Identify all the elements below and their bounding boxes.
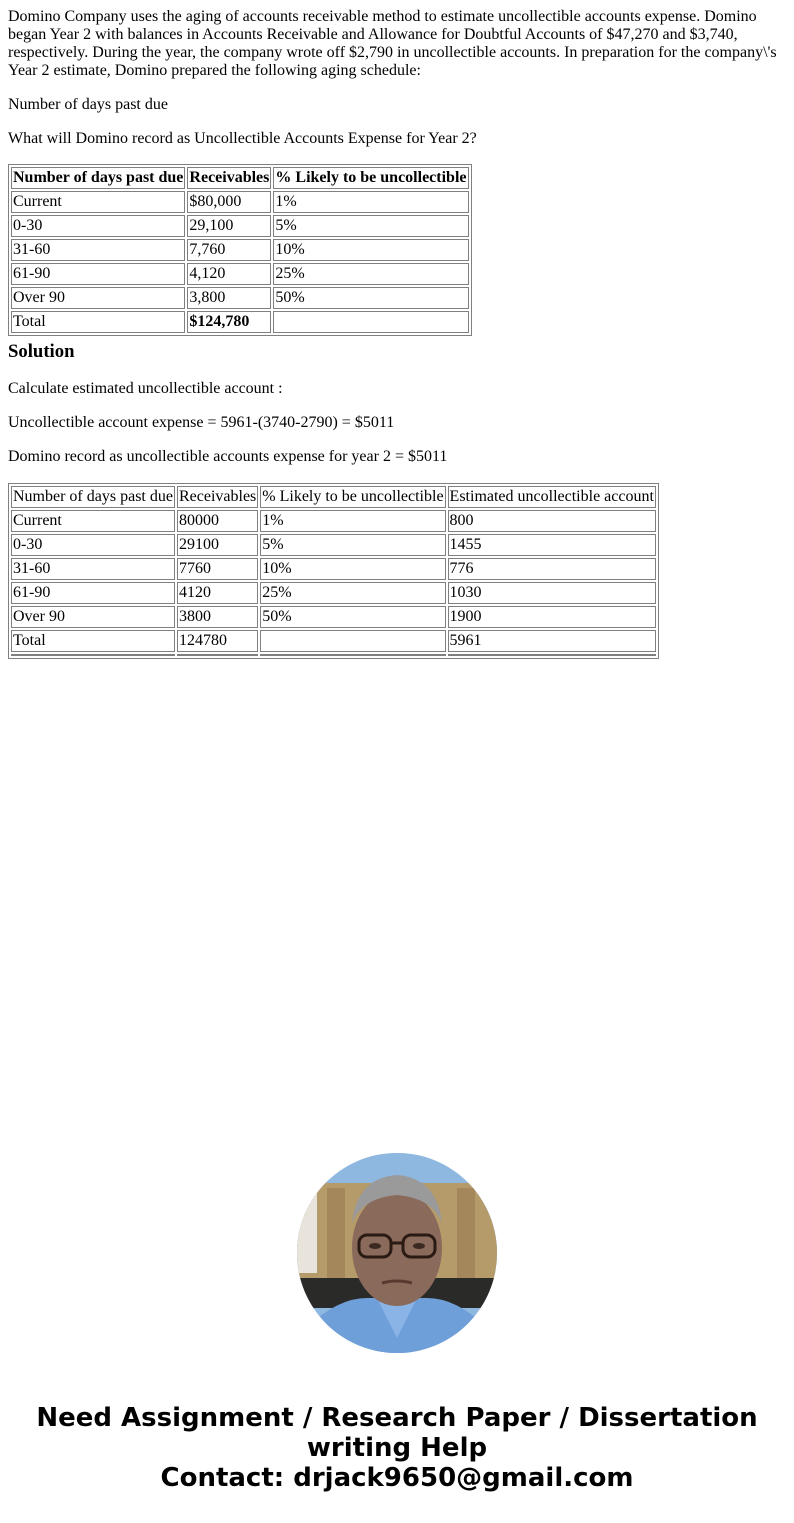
question-intro: Domino Company uses the aging of account… — [8, 8, 786, 80]
table-cell: 1% — [260, 510, 445, 532]
table-row: 0-30 29100 5% 1455 — [11, 534, 656, 556]
table-cell: 61-90 — [11, 582, 175, 604]
author-avatar — [297, 1153, 497, 1353]
table-cell — [260, 654, 445, 656]
person-photo-icon — [297, 1153, 497, 1353]
table-cell: 1900 — [448, 606, 656, 628]
table-total-row: Total $124,780 — [11, 311, 469, 333]
table-cell: 0-30 — [11, 534, 175, 556]
table-cell: $80,000 — [187, 191, 271, 213]
table-cell: 29,100 — [187, 215, 271, 237]
table-cell: 25% — [273, 263, 468, 285]
footer-contact-email: Contact: drjack9650@gmail.com — [0, 1463, 794, 1493]
header-cell: Receivables — [177, 486, 258, 508]
table-cell: 7760 — [177, 558, 258, 580]
table-cell: Total — [11, 630, 175, 652]
question-prompt: What will Domino record as Uncollectible… — [8, 130, 477, 148]
table-row: Over 90 3800 50% 1900 — [11, 606, 656, 628]
table-row: Current $80,000 1% — [11, 191, 469, 213]
table-row: 31-60 7,760 10% — [11, 239, 469, 261]
table-cell: Current — [11, 510, 175, 532]
footer-line-1: Need Assignment / Research Paper / Disse… — [0, 1403, 794, 1433]
header-cell: Estimated uncollectible account — [448, 486, 656, 508]
table-cell: 4,120 — [187, 263, 271, 285]
solution-line-2: Uncollectible account expense = 5961-(37… — [8, 414, 394, 432]
table-cell — [273, 311, 468, 333]
table-cell: 29100 — [177, 534, 258, 556]
table-cell: 5% — [260, 534, 445, 556]
table-total-row: Total 124780 5961 — [11, 630, 656, 652]
table-cell: 5961 — [448, 630, 656, 652]
table-cell: Total — [11, 311, 185, 333]
solution-heading: Solution — [8, 342, 74, 362]
table-row: Over 90 3,800 50% — [11, 287, 469, 309]
table-cell: 31-60 — [11, 558, 175, 580]
table-row: Current 80000 1% 800 — [11, 510, 656, 532]
table-row: 0-30 29,100 5% — [11, 215, 469, 237]
table-cell — [11, 654, 175, 656]
empty-table-row — [11, 654, 656, 656]
table-cell: 0-30 — [11, 215, 185, 237]
table-header-row: Number of days past due Receivables % Li… — [11, 486, 656, 508]
table-cell — [177, 654, 258, 656]
solution-line-3: Domino record as uncollectible accounts … — [8, 448, 447, 466]
table-cell: 776 — [448, 558, 656, 580]
total-receivables: $124,780 — [187, 311, 271, 333]
header-cell: Number of days past due — [11, 167, 185, 189]
table-cell — [448, 654, 656, 656]
header-cell: Number of days past due — [11, 486, 175, 508]
table-cell: 4120 — [177, 582, 258, 604]
table-cell: 3800 — [177, 606, 258, 628]
table-cell: 50% — [260, 606, 445, 628]
table-cell: 50% — [273, 287, 468, 309]
footer-contact-banner: Need Assignment / Research Paper / Disse… — [0, 1403, 794, 1493]
header-cell: Receivables — [187, 167, 271, 189]
table-cell: 61-90 — [11, 263, 185, 285]
table-cell: Over 90 — [11, 287, 185, 309]
table-cell: 31-60 — [11, 239, 185, 261]
table-cell: Current — [11, 191, 185, 213]
table-cell: 1030 — [448, 582, 656, 604]
table-cell: Over 90 — [11, 606, 175, 628]
table-cell: 800 — [448, 510, 656, 532]
table-cell: 1455 — [448, 534, 656, 556]
table-row: 61-90 4,120 25% — [11, 263, 469, 285]
table-cell — [260, 630, 445, 652]
header-cell: % Likely to be uncollectible — [260, 486, 445, 508]
header-cell: % Likely to be uncollectible — [273, 167, 468, 189]
table-cell: 1% — [273, 191, 468, 213]
table-cell: 10% — [260, 558, 445, 580]
footer-line-2: writing Help — [0, 1433, 794, 1463]
table-cell: 7,760 — [187, 239, 271, 261]
table-row: 61-90 4120 25% 1030 — [11, 582, 656, 604]
table-cell: 25% — [260, 582, 445, 604]
table-cell: 10% — [273, 239, 468, 261]
table-cell: 5% — [273, 215, 468, 237]
aging-schedule-table: Number of days past due Receivables % Li… — [8, 164, 472, 336]
table-cell: 80000 — [177, 510, 258, 532]
table-cell: 124780 — [177, 630, 258, 652]
table-row: 31-60 7760 10% 776 — [11, 558, 656, 580]
solution-line-1: Calculate estimated uncollectible accoun… — [8, 380, 283, 398]
estimate-table: Number of days past due Receivables % Li… — [8, 483, 659, 659]
days-label: Number of days past due — [8, 96, 168, 114]
table-cell: 3,800 — [187, 287, 271, 309]
table-header-row: Number of days past due Receivables % Li… — [11, 167, 469, 189]
